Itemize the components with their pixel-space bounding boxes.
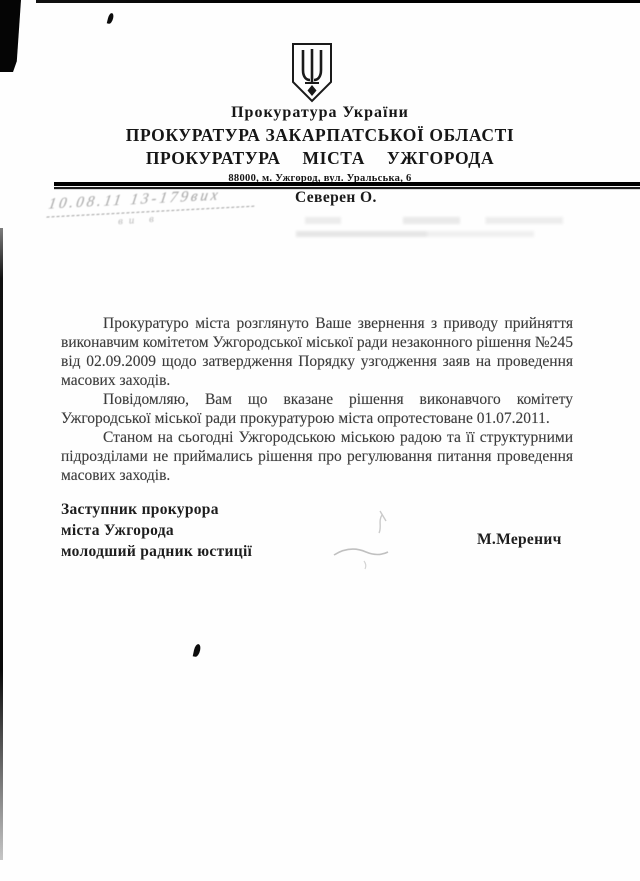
scan-left-edge-strip xyxy=(0,228,3,860)
paragraph-3: Станом на сьогодні Ужгородською міською … xyxy=(61,428,573,485)
scan-corner-artifact xyxy=(0,0,21,72)
scanned-letter-page: Прокуратура України ПРОКУРАТУРА ЗАКАРПАТ… xyxy=(0,0,640,881)
signer-name: М.Меренич xyxy=(477,531,562,549)
letterhead: Прокуратура України ПРОКУРАТУРА ЗАКАРПАТ… xyxy=(0,103,640,185)
ink-speck-middle xyxy=(193,644,202,658)
org-name-oblast: ПРОКУРАТУРА ЗАКАРПАТСЬКОЇ ОБЛАСТІ xyxy=(0,124,640,147)
recipient-name: Северен О. xyxy=(295,189,377,207)
handwritten-reference-note-2: ви в xyxy=(118,213,161,228)
letter-body: Прокуратуро міста розглянуто Ваше зверне… xyxy=(61,314,573,485)
signer-position-line-2: міста Ужгорода xyxy=(61,520,252,541)
scan-top-edge-line xyxy=(36,0,640,3)
org-name-country: Прокуратура України xyxy=(0,103,640,123)
signer-position-line-3: молодший радник юстиції xyxy=(61,541,252,562)
paragraph-1: Прокуратуро міста розглянуто Ваше зверне… xyxy=(61,314,573,390)
ink-speck-top xyxy=(107,13,115,25)
faded-address-line-2 xyxy=(296,231,534,237)
signature-block: Заступник прокурора міста Ужгорода молод… xyxy=(61,499,252,562)
paragraph-2: Повідомляю, Вам що вказане рішення викон… xyxy=(61,390,573,428)
handwritten-signature xyxy=(322,503,402,578)
org-name-city: ПРОКУРАТУРА МІСТА УЖГОРОДА xyxy=(0,147,640,170)
faded-address-line-1 xyxy=(305,217,563,224)
signer-position-line-1: Заступник прокурора xyxy=(61,499,252,520)
ukraine-trident-emblem xyxy=(290,42,334,109)
